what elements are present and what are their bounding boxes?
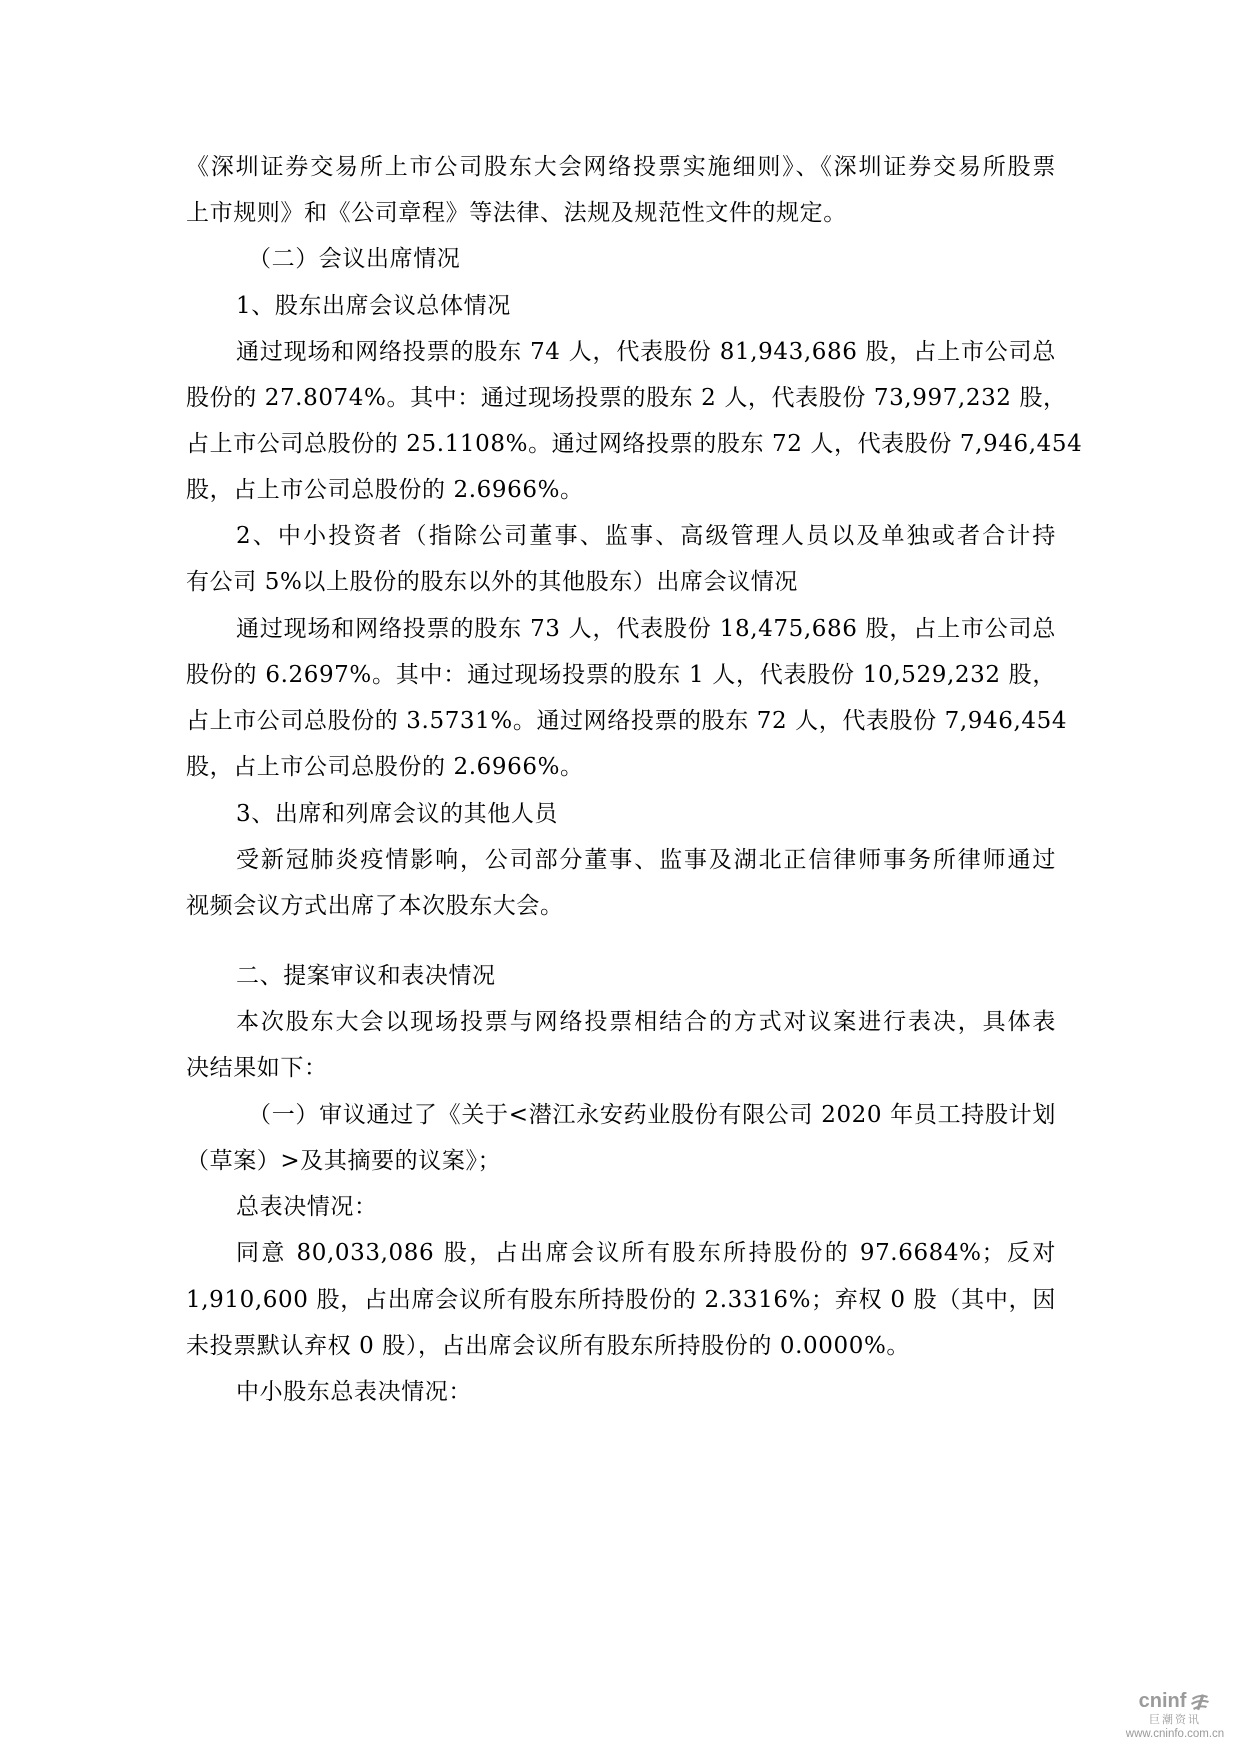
paragraph-line: 股份的 6.2697%。其中：通过现场投票的股东 1 人，代表股份 10,529… xyxy=(186,660,1056,690)
vote-heading: 总表决情况： xyxy=(236,1192,1056,1222)
paragraph-line: 通过现场和网络投票的股东 73 人，代表股份 18,475,686 股，占上市公… xyxy=(236,614,1056,644)
subsection-heading: 3、出席和列席会议的其他人员 xyxy=(236,799,1056,829)
subsection-heading: 2、中小投资者（指除公司董事、监事、高级管理人员以及单独或者合计持 xyxy=(236,521,1056,551)
paragraph-line: 本次股东大会以现场投票与网络投票相结合的方式对议案进行表决，具体表 xyxy=(236,1007,1056,1037)
paragraph-line: 《深圳证券交易所上市公司股东大会网络投票实施细则》、《深圳证券交易所股票 xyxy=(186,152,1056,182)
paragraph-line: 视频会议方式出席了本次股东大会。 xyxy=(186,891,1056,921)
paragraph-line: 股，占上市公司总股份的 2.6966%。 xyxy=(186,752,1056,782)
section-heading: 二、提案审议和表决情况 xyxy=(236,961,1056,991)
document-page: 《深圳证券交易所上市公司股东大会网络投票实施细则》、《深圳证券交易所股票 上市规… xyxy=(0,0,1240,1754)
vote-heading: 中小股东总表决情况： xyxy=(236,1377,1056,1407)
paragraph-line: 股份的 27.8074%。其中：通过现场投票的股东 2 人，代表股份 73,99… xyxy=(186,383,1056,413)
paragraph-line: 受新冠肺炎疫情影响，公司部分董事、监事及湖北正信律师事务所律师通过 xyxy=(236,845,1056,875)
watermark-brand: cninf xyxy=(1139,1690,1187,1713)
subsection-heading: 1、股东出席会议总体情况 xyxy=(236,291,1056,321)
cninfo-logo-icon xyxy=(1189,1692,1211,1712)
vote-result-line: 同意 80,033,086 股，占出席会议所有股东所持股份的 97.6684%；… xyxy=(236,1238,1056,1268)
section-heading: （二）会议出席情况 xyxy=(248,244,1056,274)
watermark-chinese-name: 巨潮资讯 xyxy=(1118,1711,1232,1727)
resolution-title: （一）审议通过了《关于<潜江永安药业股份有限公司 2020 年员工持股计划 xyxy=(248,1100,1056,1130)
subsection-heading: 有公司 5%以上股份的股东以外的其他股东）出席会议情况 xyxy=(186,567,1056,597)
vote-result-line: 未投票默认弃权 0 股），占出席会议所有股东所持股份的 0.0000%。 xyxy=(186,1331,1056,1361)
cninfo-watermark: cninf 巨潮资讯 www.cninfo.com.cn xyxy=(1118,1690,1232,1740)
paragraph-line: 占上市公司总股份的 25.1108%。通过网络投票的股东 72 人，代表股份 7… xyxy=(186,429,1056,459)
vote-result-line: 1,910,600 股，占出席会议所有股东所持股份的 2.3316%；弃权 0 … xyxy=(186,1285,1056,1315)
paragraph-line: 通过现场和网络投票的股东 74 人，代表股份 81,943,686 股，占上市公… xyxy=(236,337,1056,367)
paragraph-line: 占上市公司总股份的 3.5731%。通过网络投票的股东 72 人，代表股份 7,… xyxy=(186,706,1056,736)
paragraph-line: 决结果如下： xyxy=(186,1053,1056,1083)
paragraph-line: 股，占上市公司总股份的 2.6966%。 xyxy=(186,475,1056,505)
resolution-title: （草案）>及其摘要的议案》； xyxy=(186,1146,1056,1176)
paragraph-line: 上市规则》和《公司章程》等法律、法规及规范性文件的规定。 xyxy=(186,198,1056,228)
watermark-url: www.cninfo.com.cn xyxy=(1118,1728,1232,1740)
